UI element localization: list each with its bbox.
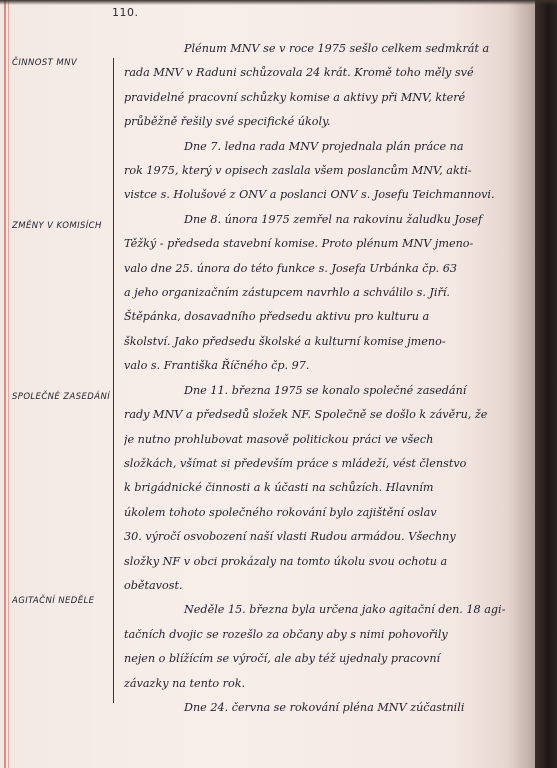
text-line: nejen o blížícím se výročí, ale aby též … [124, 647, 516, 671]
book-spine [535, 0, 557, 768]
margin-label-agitacni-nedele: AGITAČNÍ NEDĚLE [12, 596, 94, 606]
text-line: rady MNV a předsedů složek NF. Společně … [124, 403, 516, 427]
chronicle-page: 110. ČINNOST MNV ZMĚNY V KOMISÍCH SPOLEČ… [0, 0, 535, 768]
text-line: Plénum MNV se v roce 1975 sešlo celkem s… [124, 37, 516, 61]
text-line: Neděle 15. března byla určena jako agita… [124, 598, 516, 622]
text-line: pravidelné pracovní schůzky komise a akt… [124, 86, 516, 110]
text-line: Dne 11. března 1975 se konalo společné z… [124, 379, 516, 403]
text-line: Dne 7. ledna rada MNV projednala plán pr… [124, 135, 516, 159]
text-line: a jeho organizačním zástupcem navrhlo a … [124, 281, 516, 305]
margin-label-spolecne-zasedani: SPOLEČNÉ ZASEDÁNÍ [12, 392, 110, 402]
text-line: Těžký - předseda stavební komise. Proto … [124, 232, 516, 256]
column-divider [113, 58, 114, 703]
red-margin-line [4, 0, 6, 768]
red-margin-line-secondary [8, 0, 9, 768]
text-line: k brigádnické činnosti a k účasti na sch… [124, 476, 516, 500]
text-line: obětavost. [124, 574, 516, 598]
text-line: úkolem tohoto společného rokování bylo z… [124, 501, 516, 525]
text-line: valo s. Františka Říčného čp. 97. [124, 354, 516, 378]
text-line: tačních dvojic se rozešlo za občany aby … [124, 623, 516, 647]
margin-label-cinnost-mnv: ČINNOST MNV [12, 58, 77, 68]
text-line: je nutno prohlubovat masově politickou p… [124, 428, 516, 452]
top-shadow [0, 0, 557, 5]
text-line: Štěpánka, dosavadního předsedu aktivu pr… [124, 305, 516, 329]
text-line: vistce s. Holušové z ONV a poslanci ONV … [124, 183, 516, 207]
text-line: Dne 8. února 1975 zemřel na rakovinu žal… [124, 208, 516, 232]
handwritten-body: Plénum MNV se v roce 1975 sešlo celkem s… [124, 37, 516, 720]
margin-label-zmeny-v-komisich: ZMĚNY V KOMISÍCH [12, 221, 102, 231]
text-line: průběžně řešily své specifické úkoly. [124, 110, 516, 134]
text-line: rada MNV v Raduni schůzovala 24 krát. Kr… [124, 61, 516, 85]
text-line: závazky na tento rok. [124, 672, 516, 696]
text-line: 30. výročí osvobození naší vlasti Rudou … [124, 525, 516, 549]
text-line: rok 1975, který v opisech zaslala všem p… [124, 159, 516, 183]
text-line: složkách, všímat si především práce s ml… [124, 452, 516, 476]
text-line: školství. Jako předsedu školské a kultur… [124, 330, 516, 354]
text-line: valo dne 25. února do této funkce s. Jos… [124, 257, 516, 281]
text-line: Dne 24. června se rokování pléna MNV zúč… [124, 696, 516, 720]
text-line: složky NF v obci prokázaly na tomto úkol… [124, 550, 516, 574]
page-number: 110. [112, 6, 139, 19]
